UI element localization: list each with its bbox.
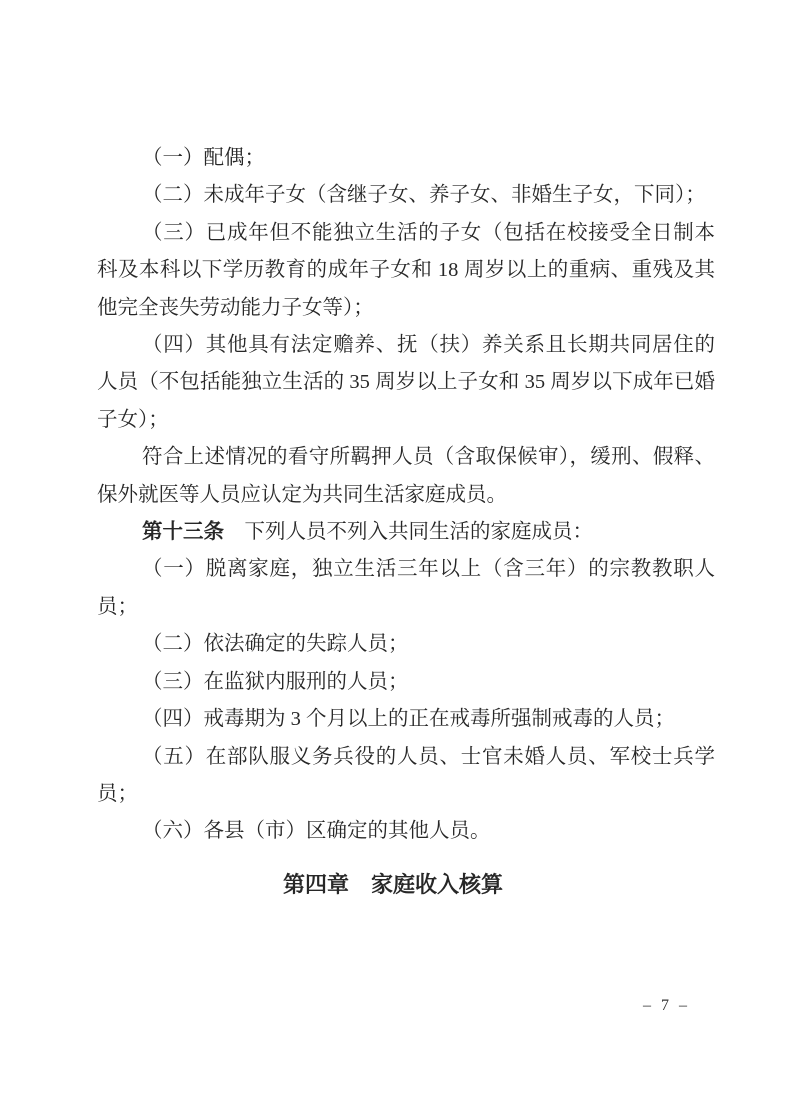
text-run: （一）配偶； bbox=[142, 147, 265, 169]
text-run: （二）依法确定的失踪人员； bbox=[142, 633, 409, 655]
chapter-heading: 第四章 家庭收入核算 bbox=[84, 866, 702, 903]
paragraph: （一）配偶； bbox=[97, 140, 715, 177]
text-run: （三）已成年但不能独立生活的子女（包括在校接受全日制本科及本科以下学历教育的成年… bbox=[97, 222, 715, 319]
paragraph: 第十三条 下列人员不列入共同生活的家庭成员： bbox=[97, 514, 715, 551]
paragraph-list: （一）配偶；（二）未成年子女（含继子女、养子女、非婚生子女，下同）；（三）已成年… bbox=[97, 140, 715, 851]
text-run: （四）其他具有法定赡养、抚（扶）养关系且长期共同居住的人员（不包括能独立生活的 … bbox=[97, 334, 715, 431]
paragraph: （二）依法确定的失踪人员； bbox=[97, 626, 715, 663]
text-run: （五）在部队服义务兵役的人员、士官未婚人员、军校士兵学员； bbox=[97, 746, 715, 805]
text-run: 下列人员不列入共同生活的家庭成员： bbox=[224, 521, 593, 543]
text-run: （一）脱离家庭，独立生活三年以上（含三年）的宗教教职人员； bbox=[97, 558, 715, 617]
paragraph: （五）在部队服义务兵役的人员、士官未婚人员、军校士兵学员； bbox=[97, 739, 715, 814]
paragraph: （六）各县（市）区确定的其他人员。 bbox=[97, 813, 715, 850]
paragraph: （二）未成年子女（含继子女、养子女、非婚生子女，下同）； bbox=[97, 177, 715, 214]
paragraph: （三）在监狱内服刑的人员； bbox=[97, 664, 715, 701]
text-run: （三）在监狱内服刑的人员； bbox=[142, 671, 409, 693]
paragraph: 符合上述情况的看守所羁押人员（含取保候审），缓刑、假释、保外就医等人员应认定为共… bbox=[97, 439, 715, 514]
paragraph: （三）已成年但不能独立生活的子女（包括在校接受全日制本科及本科以下学历教育的成年… bbox=[97, 215, 715, 327]
paragraph: （四）其他具有法定赡养、抚（扶）养关系且长期共同居住的人员（不包括能独立生活的 … bbox=[97, 327, 715, 439]
document-body: （一）配偶；（二）未成年子女（含继子女、养子女、非婚生子女，下同）；（三）已成年… bbox=[97, 140, 715, 903]
text-run: （二）未成年子女（含继子女、养子女、非婚生子女，下同）； bbox=[142, 184, 706, 206]
text-run: （四）戒毒期为 3 个月以上的正在戒毒所强制戒毒的人员； bbox=[142, 708, 675, 730]
text-run: 符合上述情况的看守所羁押人员（含取保候审），缓刑、假释、保外就医等人员应认定为共… bbox=[97, 446, 715, 505]
paragraph: （四）戒毒期为 3 个月以上的正在戒毒所强制戒毒的人员； bbox=[97, 701, 715, 738]
paragraph: （一）脱离家庭，独立生活三年以上（含三年）的宗教教职人员； bbox=[97, 551, 715, 626]
page-number: – 7 – bbox=[643, 997, 690, 1015]
article-number: 第十三条 bbox=[142, 521, 224, 543]
document-page: （一）配偶；（二）未成年子女（含继子女、养子女、非婚生子女，下同）；（三）已成年… bbox=[0, 0, 793, 1107]
text-run: （六）各县（市）区确定的其他人员。 bbox=[142, 820, 491, 842]
